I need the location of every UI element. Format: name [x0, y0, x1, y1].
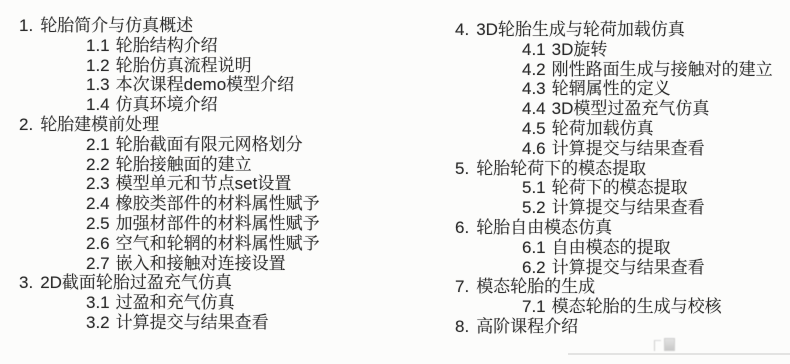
toc-subitem-number: 7.1 — [522, 297, 546, 316]
watermark-mark-right — [664, 338, 675, 351]
toc-subitem-title: 轮胎截面有限元网格划分 — [116, 135, 303, 154]
toc-subitem-title: 刚性路面生成与接触对的建立 — [552, 60, 773, 79]
toc-section-title: 轮胎自由模态仿真 — [476, 218, 612, 237]
toc-subitem-number: 4.6 — [522, 139, 546, 158]
toc-subitem: 6.1自由模态的提取 — [455, 238, 773, 258]
toc-subitem-title: 橡胶类部件的材料属性赋予 — [116, 194, 320, 213]
scan-artifact-line — [568, 353, 790, 355]
toc-subitem-title: 轮胎结构介绍 — [116, 36, 218, 55]
toc-subitem-number: 6.1 — [522, 238, 546, 257]
toc-subitem-number: 3.1 — [86, 293, 110, 312]
toc-subitem-title: 3D旋转 — [552, 40, 608, 59]
toc-subitem: 2.1轮胎截面有限元网格划分 — [19, 135, 320, 155]
toc-subitem-number: 4.2 — [522, 60, 546, 79]
toc-subitem-title: 轮胎接触面的建立 — [116, 155, 252, 174]
toc-subitem: 1.4仿真环境介绍 — [19, 95, 320, 115]
toc-section: 6.轮胎自由模态仿真 — [455, 218, 773, 238]
toc-column: 1.轮胎简介与仿真概述1.1轮胎结构介绍1.2轮胎仿真流程说明1.3本次课程de… — [19, 16, 320, 333]
toc-section-number: 4. — [455, 20, 469, 39]
toc-subitem-title: 计算提交与结果查看 — [552, 198, 705, 217]
toc-subitem-title: 过盈和充气仿真 — [116, 293, 235, 312]
toc-subitem-title: 计算提交与结果查看 — [552, 258, 705, 277]
toc-subitem-title: 自由模态的提取 — [552, 238, 671, 257]
toc-subitem: 3.2计算提交与结果查看 — [19, 313, 320, 333]
toc-subitem: 2.2轮胎接触面的建立 — [19, 155, 320, 175]
toc-subitem-number: 4.1 — [522, 40, 546, 59]
toc-subitem-title: 本次课程demo模型介绍 — [116, 75, 295, 94]
toc-subitem: 2.3模型单元和节点set设置 — [19, 174, 320, 194]
toc-subitem-title: 加强材部件的材料属性赋予 — [116, 214, 320, 233]
toc-subitem-title: 轮荷加载仿真 — [552, 119, 654, 138]
toc-section-title: 模态轮胎的生成 — [476, 277, 595, 296]
toc-subitem: 2.4橡胶类部件的材料属性赋予 — [19, 194, 320, 214]
toc-subitem-number: 4.4 — [522, 99, 546, 118]
toc-section-number: 8. — [455, 317, 469, 336]
toc-section-title: 轮胎轮荷下的模态提取 — [476, 159, 646, 178]
toc-subitem-number: 6.2 — [522, 258, 546, 277]
watermark-smudge — [653, 337, 681, 352]
toc-section-title: 2D截面轮胎过盈充气仿真 — [40, 273, 232, 292]
toc-subitem-number: 2.1 — [86, 135, 110, 154]
toc-section: 2.轮胎建模前处理 — [19, 115, 320, 135]
toc-section: 3.2D截面轮胎过盈充气仿真 — [19, 273, 320, 293]
toc-subitem-title: 轮荷下的模态提取 — [552, 178, 688, 197]
toc-subitem: 4.2刚性路面生成与接触对的建立 — [455, 60, 773, 80]
toc-subitem: 1.2轮胎仿真流程说明 — [19, 56, 320, 76]
toc-subitem: 2.5加强材部件的材料属性赋予 — [19, 214, 320, 234]
toc-subitem-number: 1.3 — [86, 75, 110, 94]
toc-subitem-number: 3.2 — [86, 313, 110, 332]
toc-subitem: 7.1模态轮胎的生成与校核 — [455, 297, 773, 317]
toc-page: 1.轮胎简介与仿真概述1.1轮胎结构介绍1.2轮胎仿真流程说明1.3本次课程de… — [0, 0, 790, 364]
toc-subitem-number: 2.6 — [86, 234, 110, 253]
toc-subitem-number: 2.3 — [86, 174, 110, 193]
toc-section-title: 高阶课程介绍 — [476, 317, 578, 336]
toc-subitem-title: 模态轮胎的生成与校核 — [552, 297, 722, 316]
toc-column: 4.3D轮胎生成与轮荷加载仿真4.13D旋转4.2刚性路面生成与接触对的建立4.… — [455, 20, 773, 337]
toc-subitem: 1.1轮胎结构介绍 — [19, 36, 320, 56]
toc-section-number: 5. — [455, 159, 469, 178]
toc-section-title: 轮胎简介与仿真概述 — [40, 16, 193, 35]
toc-subitem: 2.7嵌入和接触对连接设置 — [19, 254, 320, 274]
toc-subitem-title: 轮胎仿真流程说明 — [116, 56, 252, 75]
toc-subitem: 1.3本次课程demo模型介绍 — [19, 75, 320, 95]
toc-subitem-title: 3D模型过盈充气仿真 — [552, 99, 710, 118]
toc-subitem-title: 空气和轮辋的材料属性赋予 — [116, 234, 320, 253]
toc-section: 1.轮胎简介与仿真概述 — [19, 16, 320, 36]
toc-subitem-title: 计算提交与结果查看 — [116, 313, 269, 332]
toc-subitem: 4.5轮荷加载仿真 — [455, 119, 773, 139]
toc-subitem: 4.43D模型过盈充气仿真 — [455, 99, 773, 119]
toc-subitem-number: 2.5 — [86, 214, 110, 233]
toc-subitem: 4.6计算提交与结果查看 — [455, 139, 773, 159]
toc-section-number: 6. — [455, 218, 469, 237]
toc-subitem-number: 1.2 — [86, 56, 110, 75]
toc-subitem-title: 模型单元和节点set设置 — [116, 174, 292, 193]
toc-section-number: 7. — [455, 277, 469, 296]
toc-section-title: 3D轮胎生成与轮荷加载仿真 — [476, 20, 685, 39]
toc-section-number: 1. — [19, 16, 33, 35]
toc-subitem-number: 1.1 — [86, 36, 110, 55]
toc-subitem-number: 5.2 — [522, 198, 546, 217]
toc-subitem: 5.1轮荷下的模态提取 — [455, 178, 773, 198]
toc-subitem-number: 2.2 — [86, 155, 110, 174]
toc-subitem: 4.3轮辋属性的定义 — [455, 79, 773, 99]
toc-subitem: 6.2计算提交与结果查看 — [455, 258, 773, 278]
toc-section-number: 3. — [19, 273, 33, 292]
toc-subitem: 3.1过盈和充气仿真 — [19, 293, 320, 313]
toc-subitem: 2.6空气和轮辋的材料属性赋予 — [19, 234, 320, 254]
toc-section: 7.模态轮胎的生成 — [455, 277, 773, 297]
watermark-mark-left — [654, 340, 661, 351]
toc-subitem-number: 5.1 — [522, 178, 546, 197]
toc-section-number: 2. — [19, 115, 33, 134]
toc-section-title: 轮胎建模前处理 — [40, 115, 159, 134]
toc-subitem-number: 4.3 — [522, 79, 546, 98]
toc-subitem-number: 1.4 — [86, 95, 110, 114]
toc-subitem-number: 2.4 — [86, 194, 110, 213]
toc-subitem-title: 仿真环境介绍 — [116, 95, 218, 114]
toc-subitem-number: 4.5 — [522, 119, 546, 138]
toc-subitem-title: 轮辋属性的定义 — [552, 79, 671, 98]
toc-section: 4.3D轮胎生成与轮荷加载仿真 — [455, 20, 773, 40]
toc-subitem-number: 2.7 — [86, 254, 110, 273]
toc-subitem-title: 嵌入和接触对连接设置 — [116, 254, 286, 273]
toc-section: 5.轮胎轮荷下的模态提取 — [455, 159, 773, 179]
toc-subitem: 4.13D旋转 — [455, 40, 773, 60]
toc-section: 8.高阶课程介绍 — [455, 317, 773, 337]
toc-subitem-title: 计算提交与结果查看 — [552, 139, 705, 158]
toc-subitem: 5.2计算提交与结果查看 — [455, 198, 773, 218]
